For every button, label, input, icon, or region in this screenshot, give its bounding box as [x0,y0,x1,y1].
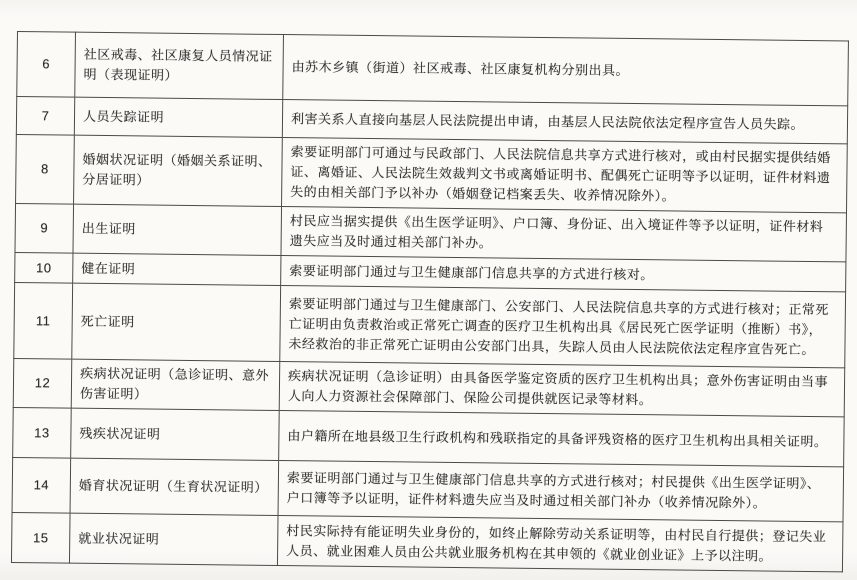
row-number-cell: 7 [16,97,74,136]
handling-method-cell: 索要证明部门通过与卫生健康部门、公安部门、人民法院信息共享的方式进行核对；正常死… [280,286,846,368]
certificate-name-cell: 社区戒毒、社区康复人员情况证明（表现证明） [75,32,284,99]
certificate-name-cell: 婚育状况证明（生育状况证明） [70,458,279,515]
handling-method-cell: 由苏木乡镇（街道）社区戒毒、社区康复机构分别出具。 [283,35,849,106]
certificate-name-cell: 人员失踪证明 [74,97,282,137]
certificate-name-cell: 健在证明 [73,253,281,285]
table-row: 15 就业状况证明 村民实际持有能证明失业身份的，如终止解除劳动关系证明等，由村… [11,512,843,571]
row-number-cell: 14 [12,457,71,513]
certificate-name-cell: 婚姻状况证明（婚姻关系证明、分居证明） [74,135,283,206]
handling-method-cell: 索要证明部门通过与卫生健康部门信息共享的方式进行核对；村民提供《出生医学证明》、… [278,460,844,521]
row-number-cell: 11 [14,282,73,359]
row-number-cell: 15 [11,512,70,563]
row-number-cell: 9 [15,203,74,253]
handling-method-cell: 村民应当据实提供《出生医学证明》、户口簿、身份证、出入境证件等予以证明，证件材料… [281,207,847,262]
certificate-name-cell: 残疾状况证明 [71,408,280,460]
certificate-name-cell: 疾病状况证明（急诊证明、意外伤害证明） [71,359,280,410]
row-number-cell: 12 [13,358,72,408]
certificate-name-cell: 出生证明 [73,204,282,255]
handling-method-cell: 疾病状况证明（急诊证明）由具备医学鉴定资质的医疗卫生机构出具；意外伤害证明由当事… [279,362,845,417]
table-row: 11 死亡证明 索要证明部门通过与卫生健康部门、公安部门、人民法院信息共享的方式… [14,282,846,367]
handling-method-cell: 村民实际持有能证明失业身份的，如终止解除劳动关系证明等，由村民自行提供；登记失业… [277,515,843,571]
row-number-cell: 6 [17,32,76,98]
row-number-cell: 8 [16,134,75,204]
row-number-cell: 10 [15,252,73,283]
row-number-cell: 13 [13,407,72,458]
table-row: 14 婚育状况证明（生育状况证明） 索要证明部门通过与卫生健康部门信息共享的方式… [12,457,844,521]
table-row: 8 婚姻状况证明（婚姻关系证明、分居证明） 索要证明部门可通过与民政部门、人民法… [16,134,848,212]
scanned-table-region: 6 社区戒毒、社区康复人员情况证明（表现证明） 由苏木乡镇（街道）社区戒毒、社区… [11,31,849,572]
handling-method-cell: 由户籍所在地县级卫生行政机构和残联指定的具备评残资格的医疗卫生机构出具相关证明。 [279,410,845,466]
table-row: 6 社区戒毒、社区康复人员情况证明（表现证明） 由苏木乡镇（街道）社区戒毒、社区… [17,32,849,106]
certificate-name-cell: 就业状况证明 [69,513,278,565]
document-page: 6 社区戒毒、社区康复人员情况证明（表现证明） 由苏木乡镇（街道）社区戒毒、社区… [0,0,857,580]
handling-method-cell: 利害关系人直接向基层人民法院提出申请，由基层人民法院依法定程序宣告人员失踪。 [282,100,847,144]
handling-method-cell: 索要证明部门可通过与民政部门、人民法院信息共享方式进行核对，或由村民据实提供结婚… [282,138,848,213]
certificate-name-cell: 死亡证明 [72,283,281,361]
certificates-table: 6 社区戒毒、社区康复人员情况证明（表现证明） 由苏木乡镇（街道）社区戒毒、社区… [11,31,849,572]
